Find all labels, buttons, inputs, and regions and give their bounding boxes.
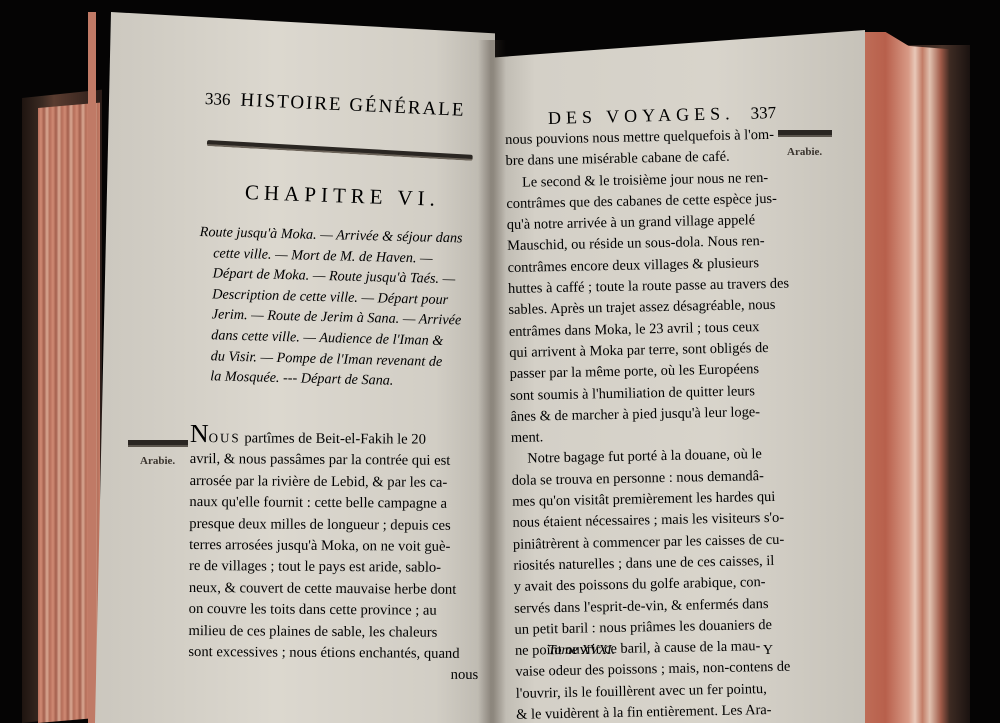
- right-running-title: DES VOYAGES.: [548, 103, 735, 128]
- body-line: arrosée par la rivière de Lebid, & par l…: [190, 471, 480, 494]
- body-line: on couvre les toits dans cette province …: [189, 599, 479, 622]
- right-body-text: nous pouvions nous mettre quelquefois à …: [505, 124, 826, 723]
- body-first-line: NOUS partîmes de Beit-el-Fakih le 20: [190, 424, 480, 451]
- tome-label: Tome XVXI.: [548, 643, 615, 659]
- body-line: neux, & couvert de cette mauvaise herbe …: [189, 578, 479, 601]
- first-line-rest: partîmes de Beit-el-Fakih le 20: [241, 430, 426, 447]
- left-margin-note: Arabie.: [140, 455, 175, 467]
- left-page-number: 336: [205, 89, 231, 109]
- right-page-footer: Tome XVXI. Y: [548, 643, 773, 659]
- body-line: avril, & nous passâmes par la contrée qu…: [190, 449, 480, 472]
- body-line: sont excessives ; nous étions enchantés,…: [188, 642, 478, 665]
- signature-mark: Y: [763, 643, 773, 659]
- right-page-block-edge: [858, 32, 950, 723]
- right-page-number: 337: [750, 103, 776, 123]
- book-photo: 336HISTOIRE GÉNÉRALE CHAPITRE VI. Route …: [0, 0, 1000, 723]
- body-line: re de villages ; tout le pays est aride,…: [189, 556, 479, 579]
- left-page-red-edge: [88, 12, 96, 723]
- body-line: terres arrosées jusqu'à Moka, on ne voit…: [189, 535, 479, 558]
- left-margin-rule: [128, 440, 188, 447]
- body-line: naux qu'elle fournit : cette belle campa…: [189, 492, 479, 515]
- drop-cap: N: [190, 419, 209, 448]
- body-line: presque deux milles de longueur ; depuis…: [189, 514, 479, 537]
- first-word-rest: OUS: [209, 430, 241, 445]
- left-body-text: NOUS partîmes de Beit-el-Fakih le 20 avr…: [188, 424, 480, 687]
- catchword: nous: [188, 663, 478, 686]
- chapter-summary: Route jusqu'à Moka. — Arrivée & séjour d…: [196, 222, 490, 394]
- body-line: milieu de ces plaines de sable, les chal…: [188, 621, 478, 644]
